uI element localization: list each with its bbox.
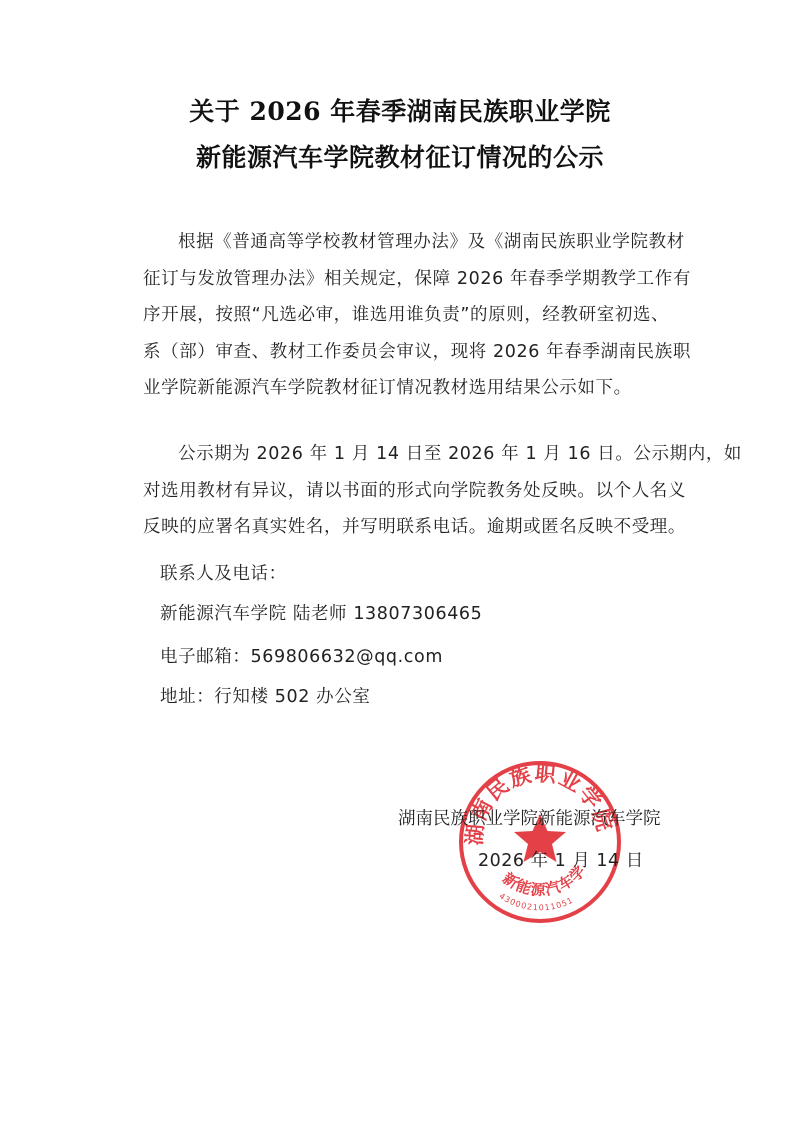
paragraph-line: 征订与发放管理办法》相关规定，保障 2026 年春季学期教学工作有 xyxy=(143,261,663,298)
document-title-line-2: 新能源汽车学院教材征订情况的公示 xyxy=(0,138,800,174)
contact-address: 地址：行知楼 502 办公室 xyxy=(160,683,370,708)
paragraph-line: 序开展，按照“凡选必审，谁选用谁负责”的原则，经教研室初选、 xyxy=(143,297,663,334)
paragraph-line: 业学院新能源汽车学院教材征订情况教材选用结果公示如下。 xyxy=(143,370,663,407)
paragraph-regulations: 根据《普通高等学校教材管理办法》及《湖南民族职业学院教材 征订与发放管理办法》相… xyxy=(143,224,663,407)
document-page: 关于 2026 年春季湖南民族职业学院 新能源汽车学院教材征订情况的公示 根据《… xyxy=(0,0,800,1121)
official-seal-stamp: 湖南民族职业学院 新能源汽车学院 4300021011051 xyxy=(456,758,624,926)
paragraph-notice-period: 公示期为 2026 年 1 月 14 日至 2026 年 1 月 16 日。公示… xyxy=(143,436,663,546)
paragraph-line: 对选用教材有异议，请以书面的形式向学院教务处反映。以个人名义 xyxy=(143,473,663,510)
paragraph-line: 根据《普通高等学校教材管理办法》及《湖南民族职业学院教材 xyxy=(143,224,663,261)
signature-date: 2026 年 1 月 14 日 xyxy=(478,847,644,872)
contact-person: 新能源汽车学院 陆老师 13807306465 xyxy=(160,600,482,625)
contact-email: 电子邮箱：569806632@qq.com xyxy=(160,643,443,668)
signature-organization: 湖南民族职业学院新能源汽车学院 xyxy=(398,805,661,830)
paragraph-line: 反映的应署名真实姓名，并写明联系电话。逾期或匿名反映不受理。 xyxy=(143,509,663,546)
contact-heading: 联系人及电话： xyxy=(160,560,287,585)
paragraph-line: 系（部）审查、教材工作委员会审议，现将 2026 年春季湖南民族职 xyxy=(143,334,663,371)
document-title-line-1: 关于 2026 年春季湖南民族职业学院 xyxy=(0,92,800,128)
paragraph-line: 公示期为 2026 年 1 月 14 日至 2026 年 1 月 16 日。公示… xyxy=(143,436,663,473)
